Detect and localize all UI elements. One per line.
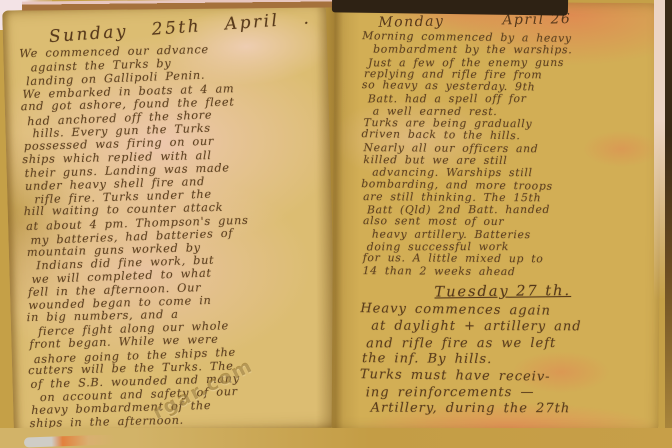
left-page-lines: We commenced our advanceagainst the Turk… (21, 40, 328, 431)
handwriting-line: and rifle fire as we left (366, 336, 655, 353)
right-page-entry-tuesday: Heavy commences againat daylight + artil… (362, 302, 652, 419)
left-page-content: Sunday 25th April . We commenced our adv… (2, 2, 338, 437)
handwriting-line: doing successful work (367, 241, 656, 254)
handwriting-line: a well earned rest. (373, 105, 662, 118)
handwriting-line: Just a few of the enemy guns (368, 56, 657, 69)
handwriting-line: Turks must have receiv- (360, 367, 649, 387)
diary-photo: Sunday 25th April . We commenced our adv… (0, 0, 672, 448)
left-page: Sunday 25th April . We commenced our adv… (2, 2, 338, 437)
handwriting-line: ing reinforcements — (366, 385, 655, 402)
diary-right-edge (665, 0, 672, 448)
handwriting-line: Artillery, during the 27th (371, 401, 660, 418)
right-page-second-heading: Tuesday 27 th. (434, 282, 651, 300)
right-page-content: Monday April 26 Morning commenced by a h… (332, 1, 662, 433)
right-page-entry-monday: Morning commenced by a heavybombardment … (363, 31, 654, 279)
handwriting-line: 14 than 2 weeks ahead (363, 265, 652, 279)
handwriting-line: Batt (Qld) 2nd Batt. handed (367, 204, 656, 217)
right-page: Monday April 26 Morning commenced by a h… (332, 1, 662, 433)
handwriting-line: at daylight + artillery and (371, 319, 660, 336)
right-page-heading-day: Monday (378, 14, 444, 31)
